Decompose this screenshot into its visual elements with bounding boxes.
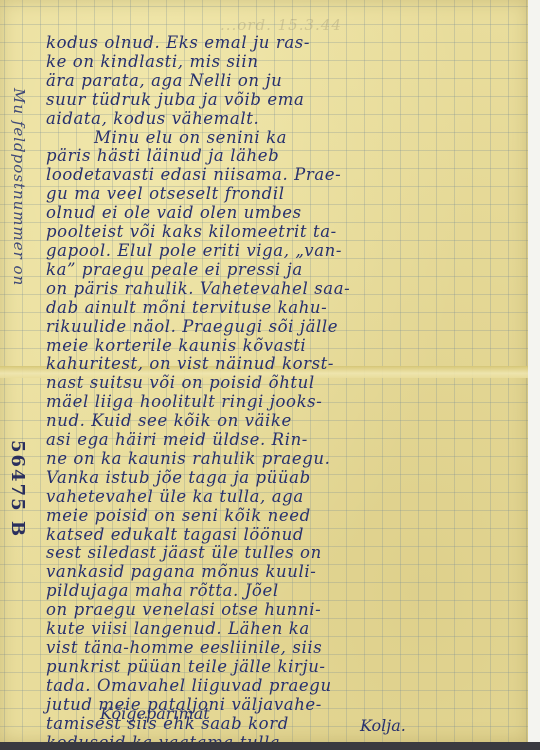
margin-note: Mu feldpostnummer on: [10, 88, 28, 286]
letter-line: ka” praegu peale ei pressi ja: [46, 261, 516, 280]
letter-line: olnud ei ole vaid olen umbes: [46, 204, 516, 223]
letter-line: rikuulide näol. Praegugi sõi jälle: [46, 318, 516, 337]
letter-line: asi ega häiri meid üldse. Rin-: [46, 431, 516, 450]
letter-line: ke on kindlasti, mis siin: [46, 53, 516, 72]
letter-line: tada. Omavahel liiguvad praegu: [46, 677, 516, 696]
letter-line: pildujaga maha rõtta. Jõel: [46, 582, 516, 601]
letter-line: aidata, kodus vähemalt.: [46, 110, 516, 129]
letter-line: kute viisi langenud. Lähen ka: [46, 620, 516, 639]
letter-line: päris hästi läinud ja läheb: [46, 147, 516, 166]
letter-line: punkrist püüan teile jälle kirju-: [46, 658, 516, 677]
letter-line: gapool. Elul pole eriti viga, „van-: [46, 242, 516, 261]
letter-line: ära parata, aga Nelli on ju: [46, 72, 516, 91]
letter-line: meie poisid on seni kõik need: [46, 507, 516, 526]
letter-line: vankasid pagana mõnus kuuli-: [46, 563, 516, 582]
letter-line: gu ma veel otseselt frondil: [46, 185, 516, 204]
letter-line: katsed edukalt tagasi löönud: [46, 526, 516, 545]
field-post-number: 56475 B: [7, 440, 28, 538]
letter-body: kodus olnud. Eks emal ju ras- ke on kind…: [46, 34, 516, 750]
scan-bottom-edge: [0, 742, 540, 750]
letter-line: meie korterile kaunis kõvasti: [46, 337, 516, 356]
closing-greeting: Kõigeparimat: [100, 704, 210, 723]
letter-line: vist täna-homme eesliinile, siis: [46, 639, 516, 658]
letter-line: dab ainult mõni tervituse kahu-: [46, 299, 516, 318]
letter-line: vahetevahel üle ka tulla, aga: [46, 488, 516, 507]
letter-line: on praegu venelasi otse hunni-: [46, 601, 516, 620]
letter-line: loodetavasti edasi niisama. Prae-: [46, 166, 516, 185]
letter-line: on päris rahulik. Vahetevahel saa-: [46, 280, 516, 299]
letter-line: ne on ka kaunis rahulik praegu.: [46, 450, 516, 469]
letter-line: kahuritest, on vist näinud korst-: [46, 355, 516, 374]
letter-line: poolteist või kaks kilomeetrit ta-: [46, 223, 516, 242]
letter-line: kodus olnud. Eks emal ju ras-: [46, 34, 516, 53]
letter-line: mäel liiga hoolitult ringi jooks-: [46, 393, 516, 412]
letter-line: suur tüdruk juba ja võib ema: [46, 91, 516, 110]
signature: Kolja.: [360, 716, 406, 735]
letter-line: nast suitsu või on poisid õhtul: [46, 374, 516, 393]
letter-paper: ...ord. 15.3.44 Mu feldpostnummer on 564…: [0, 0, 528, 742]
faint-header-date: ...ord. 15.3.44: [220, 16, 342, 34]
letter-line: nud. Kuid see kõik on väike: [46, 412, 516, 431]
letter-line: Vanka istub jõe taga ja püüab: [46, 469, 516, 488]
letter-line-paragraph-start: Minu elu on senini ka: [46, 129, 516, 148]
letter-line: sest siledast jäast üle tulles on: [46, 544, 516, 563]
